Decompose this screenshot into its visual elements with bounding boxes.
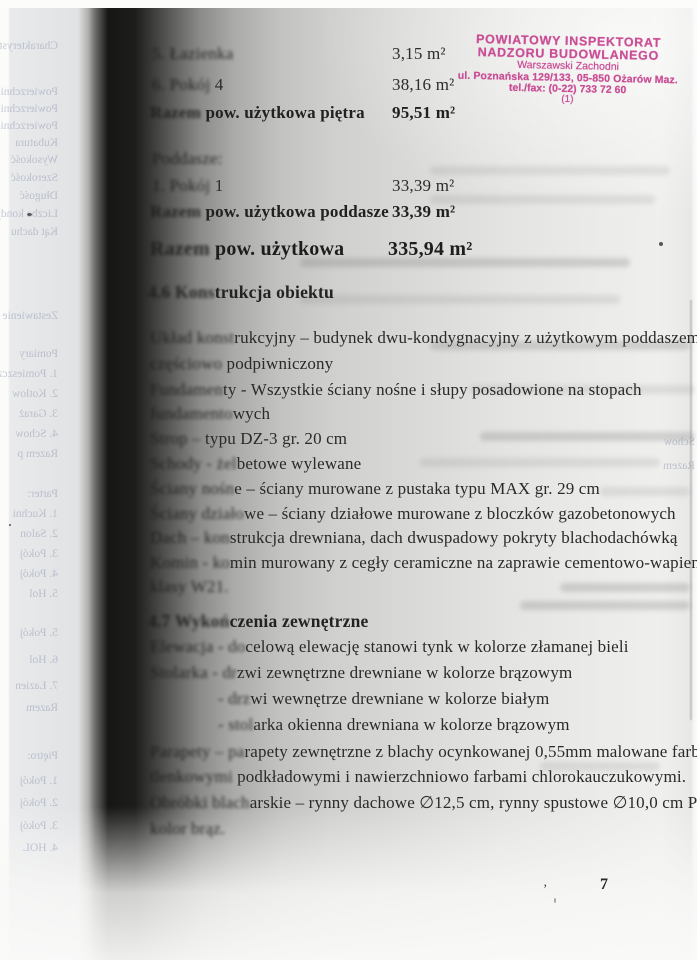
section-title: czenia zewnętrzne	[230, 611, 369, 631]
body-line-text: arskie – rynny dachowe ∅12,5 cm, rynny s…	[250, 793, 697, 812]
bleedthrough-fragment: 3. Pokój	[0, 548, 58, 560]
section-number-smudged: 4.7 Wykoń	[148, 611, 230, 631]
body-line: - drzwi wewnętrze drewniane w kolorze bi…	[218, 689, 549, 709]
bleedthrough-fragment: Razem	[0, 702, 58, 714]
body-line-text: strukcja drewniana, dach dwuspadowy pokr…	[230, 528, 678, 547]
area-table-row: 6. Pokój 4 38,16 m²	[152, 75, 632, 95]
body-line-smudged: tlenkowymi	[150, 767, 233, 786]
area-row-value: 95,51 m²	[392, 103, 455, 123]
bleedthrough-fragment: 2. Pokój	[0, 797, 58, 809]
body-line-text: wi wewnętrze drewniane w kolorze białym	[250, 689, 549, 708]
body-line-smudged: - drz	[218, 689, 250, 708]
area-row-label: 4	[210, 75, 223, 94]
area-row-label-smudged: 1. Pokój	[152, 176, 210, 195]
body-line-text: we – ściany działowe murowane z bloczków…	[244, 504, 676, 523]
document-content: POWIATOWY INSPEKTORAT NADZORU BUDOWLANEG…	[0, 0, 697, 960]
bleedthrough-fragment: Piętro:	[0, 750, 58, 762]
body-line: Elewacja - docelową elewację stanowi tyn…	[150, 637, 629, 657]
scan-artifact-tick: ’	[543, 881, 547, 897]
bleedthrough-fragment: 5. Pokój	[0, 627, 58, 639]
body-line-smudged: - stol	[218, 715, 253, 734]
area-row-label-smudged: Razem	[150, 103, 201, 122]
body-line-smudged: Dach – kon	[150, 528, 230, 547]
body-line-text: podpiwniczony	[222, 354, 333, 373]
section-heading-konstrukcja: 4.6 Konstrukcja obiektu	[148, 282, 334, 303]
body-line: Schody - żelbetowe wylewane	[150, 454, 361, 474]
body-line: Ściany działowe – ściany działowe murowa…	[150, 504, 676, 524]
section-number-smudged: 4.6 Kons	[148, 282, 215, 302]
body-line-text: e – ściany murowane z pustaka typu MAX g…	[234, 479, 600, 498]
area-row-label-smudged: 6. Pokój	[152, 75, 210, 94]
bleedthrough-fragment: Zestawienie	[0, 310, 58, 322]
area-table-row: Razem pow. użytkowa 335,94 m²	[150, 238, 630, 261]
bleedthrough-fragment: Długość	[0, 190, 58, 202]
body-line: Strop – typu DZ-3 gr. 20 cm	[150, 429, 347, 449]
body-line-text: wych	[233, 404, 270, 423]
body-line-text: min murowany z cegły ceramiczne na zapra…	[230, 553, 697, 572]
section-heading-wykonczenia: 4.7 Wykończenia zewnętrzne	[148, 611, 369, 632]
body-line-smudged: fundamento	[150, 404, 233, 423]
body-line-text: rapety zewnętrzne z blachy ocynkowanej 0…	[244, 742, 697, 761]
bleedthrough-fragment: Pomiary	[0, 348, 58, 360]
body-line-smudged: kolor brąz.	[150, 819, 225, 838]
area-row-value: 335,94 m²	[388, 238, 472, 261]
area-row-label: 1	[210, 176, 223, 195]
area-row-label: pow. użytkowa poddasze	[201, 202, 389, 221]
body-line-smudged: klasy W21.	[150, 577, 229, 596]
body-line: Parapety – parapety zewnętrzne z blachy …	[150, 742, 697, 762]
body-line-smudged: Parapety – pa	[150, 742, 244, 761]
body-line-text: celową elewację stanowi tynk w kolorze z…	[245, 637, 628, 656]
body-line-smudged: Strop –	[150, 429, 205, 448]
body-line: Układ konstrukcyjny – budynek dwu-kondyg…	[150, 328, 697, 348]
area-row-label-smudged: Poddasze:	[152, 149, 223, 168]
scanned-document-page: POWIATOWY INSPEKTORAT NADZORU BUDOWLANEG…	[0, 0, 697, 960]
bleedthrough-fragment: Razem	[637, 460, 695, 472]
bleedthrough-fragment: Charakterystyka	[0, 40, 58, 52]
bleedthrough-fragment: Kąt dachu	[0, 226, 58, 238]
body-line-text: arka okienna drewniana w kolorze brązowy…	[253, 715, 569, 734]
bleedthrough-fragment: Kubatura	[0, 137, 58, 149]
body-line-smudged: Fundamen	[150, 380, 223, 399]
body-line: Komin - komin murowany z cegły ceramiczn…	[150, 553, 697, 573]
body-line-smudged: Ściany nośn	[150, 479, 234, 498]
area-row-label-smudged: Razem	[150, 238, 210, 260]
area-table-row: 5. Łazienka 3,15 m²	[152, 44, 632, 64]
area-row-value: 38,16 m²	[392, 75, 454, 95]
body-line-smudged: Komin - ko	[150, 553, 230, 572]
body-line-text: typu DZ-3 gr. 20 cm	[205, 429, 347, 448]
scan-speck	[27, 213, 32, 216]
scan-speck	[659, 242, 663, 246]
bleedthrough-fragment: 7. Łazien	[0, 680, 58, 692]
body-line: Dach – konstrukcja drewniana, dach dwusp…	[150, 528, 678, 548]
area-table-row: Razem pow. użytkowa poddasze 33,39 m²	[150, 202, 630, 222]
body-line-text: podkładowymi i nawierzchniowo farbami ch…	[233, 767, 686, 786]
body-line-smudged: częściowo	[150, 354, 222, 373]
area-row-label: pow. użytkowa piętra	[201, 103, 365, 122]
body-line: Obróbki blacharskie – rynny dachowe ∅12,…	[150, 793, 697, 813]
body-line: tlenkowymi podkładowymi i nawierzchniowo…	[150, 767, 686, 787]
body-line-smudged: Schody - żel	[150, 454, 237, 473]
area-row-value: 3,15 m²	[392, 44, 446, 64]
bleedthrough-fragment: 1. Pomieszcz	[0, 368, 58, 380]
scan-speck	[9, 524, 11, 526]
body-line: fundamentowych	[150, 404, 270, 424]
body-line-text: rukcyjny – budynek dwu-kondygnacyjny z u…	[234, 328, 697, 347]
bleedthrough-fragment: Wysokość	[0, 154, 58, 166]
area-row-value: 33,39 m²	[392, 176, 454, 196]
bleedthrough-fragment: 3. Garaż	[0, 408, 58, 420]
body-line: częściowo podpiwniczony	[150, 354, 333, 374]
body-line-smudged: Obróbki blach	[150, 793, 250, 812]
bleedthrough-fragment: Powierzchnia z	[0, 86, 58, 98]
body-line-text: ty - Wszystkie ściany nośne i słupy posa…	[223, 380, 642, 399]
body-line: Ściany nośne – ściany murowane z pustaka…	[150, 479, 600, 499]
area-table-row: Razem pow. użytkowa piętra 95,51 m²	[150, 103, 630, 123]
bleedthrough-fragment: 5. Hol	[0, 588, 58, 600]
bleedthrough-fragment: 4. HOL	[0, 842, 58, 854]
bleedthrough-fragment: 2. Salon	[0, 528, 58, 540]
body-line-smudged: Stolarka - dr	[150, 663, 237, 682]
bleedthrough-fragment: Razem p	[0, 448, 58, 460]
body-line: Fundamenty - Wszystkie ściany nośne i sł…	[150, 380, 642, 400]
section-title: trukcja obiektu	[215, 282, 334, 302]
body-line: klasy W21.	[150, 577, 229, 597]
page-number: 7	[600, 876, 608, 894]
area-row-label-smudged: Razem	[150, 202, 201, 221]
bleedthrough-fragment: 3. Pokój	[0, 820, 58, 832]
area-row-label: pow. użytkowa	[210, 238, 345, 260]
bleedthrough-fragment: Szerokość	[0, 172, 58, 184]
bleedthrough-fragment: 2. Kotłow	[0, 388, 58, 400]
body-line: - stolarka okienna drewniana w kolorze b…	[218, 715, 570, 735]
body-line-text: betowe wylewane	[237, 454, 362, 473]
bleedthrough-fragment: 1. Pokój	[0, 775, 58, 787]
body-line-smudged: Ściany działo	[150, 504, 244, 523]
bleedthrough-fragment: 4. Schow	[0, 428, 58, 440]
area-table-row: 1. Pokój 1 33,39 m²	[152, 176, 632, 196]
body-line-smudged: Układ konst	[150, 328, 234, 347]
area-table-row: Poddasze:	[152, 149, 632, 169]
bleedthrough-fragment: 4. Pokój	[0, 568, 58, 580]
body-line: Stolarka - drzwi zewnętrzne drewniane w …	[150, 663, 572, 683]
bleedthrough-fragment: Schow	[637, 436, 695, 448]
bleedthrough-fragment: Parter:	[0, 488, 58, 500]
bleedthrough-fragment: 6. Hol	[0, 654, 58, 666]
area-row-label-smudged: 5. Łazienka	[152, 44, 234, 63]
area-row-value: 33,39 m²	[392, 202, 455, 222]
body-line: kolor brąz.	[150, 819, 225, 839]
bleedthrough-fragment: 1. Kuchni	[0, 508, 58, 520]
bleedthrough-fragment: Powierzchnia c	[0, 120, 58, 132]
body-line-text: zwi zewnętrzne drewniane w kolorze brązo…	[237, 663, 572, 682]
body-line-smudged: Elewacja - do	[150, 637, 245, 656]
bleedthrough-fragment: Powierzchnia u	[0, 103, 58, 115]
scan-speck	[554, 898, 556, 903]
